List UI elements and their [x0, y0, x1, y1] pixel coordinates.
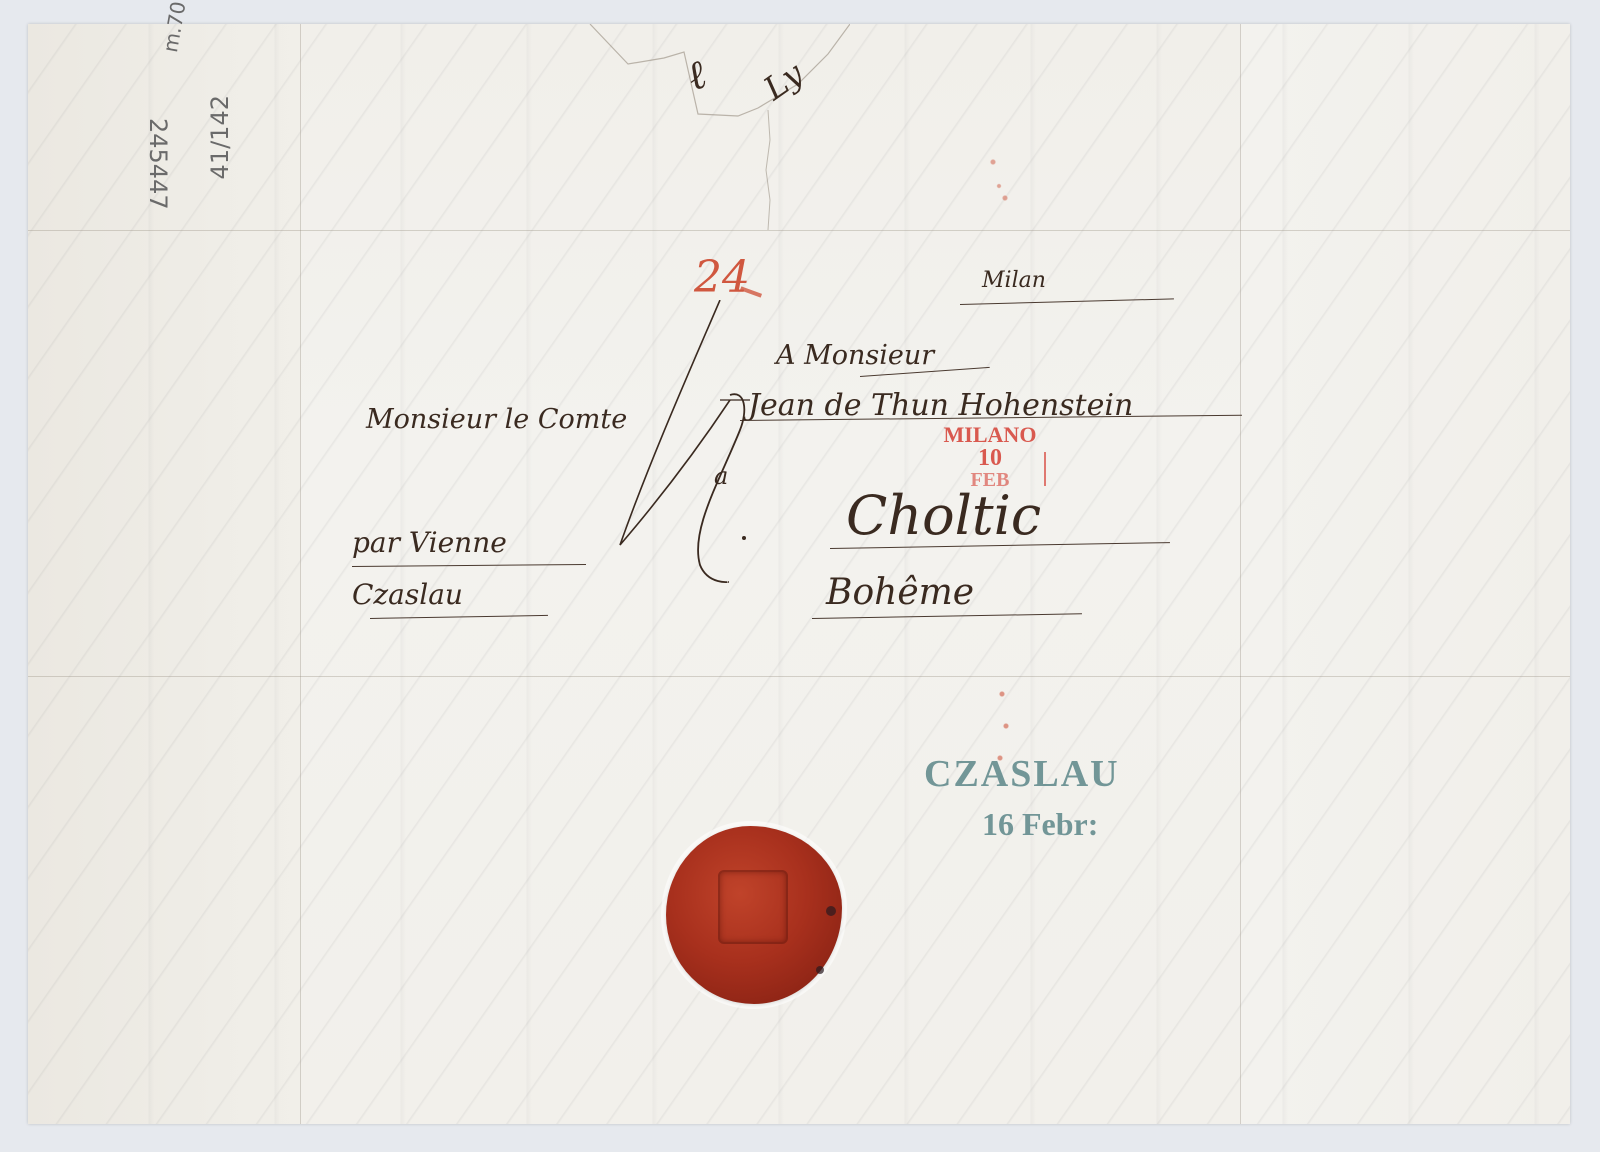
postmark-city: MILANO — [934, 424, 1046, 446]
right-flap-panel — [1240, 24, 1570, 1124]
milano-postmark: MILANO 10 FEB — [934, 424, 1046, 490]
fold-line-left — [300, 24, 301, 1124]
pencil-note-vertical-1: 245447 — [144, 118, 172, 210]
seal-soot-spot — [816, 966, 824, 974]
ink-dot — [742, 536, 746, 540]
czaslau-postmark-date: 16 Febr: — [982, 806, 1098, 843]
address-line-1: A Monsieur — [776, 340, 934, 371]
calligraphic-r-flourish — [580, 300, 780, 590]
destination-region: Bohême — [826, 572, 974, 613]
route-note-milan: Milan — [982, 268, 1046, 293]
routing-office: Czaslau — [352, 578, 463, 611]
routing-via: par Vienne — [352, 526, 507, 559]
pencil-note-vertical-2: 41/142 — [206, 95, 234, 179]
seal-soot-spot — [826, 906, 836, 916]
faded-red-marking — [984, 150, 1014, 210]
seal-impression — [718, 870, 788, 944]
address-preposition: a — [714, 462, 728, 490]
fold-line-top — [28, 230, 1570, 231]
fold-line-right — [1240, 24, 1241, 1124]
torn-flap-edge — [588, 24, 850, 134]
postmark-day: 10 — [934, 446, 1046, 470]
postmark-frame-fragment — [1044, 452, 1046, 486]
postage-rate-marking: 24 — [694, 252, 750, 303]
czaslau-postmark-city: CZASLAU — [924, 752, 1120, 796]
fold-line-bottom — [28, 676, 1570, 677]
paper-crease-crack — [760, 110, 780, 230]
destination-city: Choltic — [846, 484, 1041, 547]
